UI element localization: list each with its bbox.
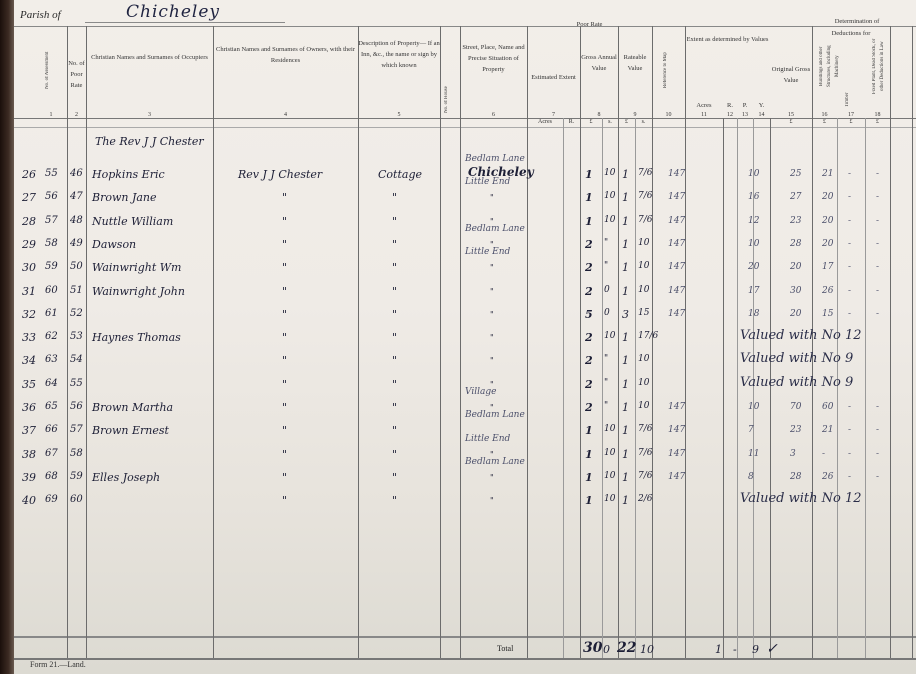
column-number: 8	[580, 112, 618, 118]
column-divider	[358, 26, 359, 658]
column-header-15: Original Gross Value	[770, 64, 812, 86]
owner-name: "	[282, 424, 287, 437]
rateable-value-pounds: 1	[622, 331, 629, 344]
rateable-value-shillings: 7/6	[638, 448, 652, 458]
occupier-name: Hopkins Eric	[92, 168, 165, 181]
gross-value-shillings: 10	[604, 215, 615, 225]
street-place: Village	[465, 387, 496, 397]
fixed-plant-deduction: -	[876, 169, 879, 179]
fixed-plant-deduction: -	[876, 216, 879, 226]
buildings-deduction: 60	[822, 402, 833, 412]
gross-value-pounds: 2	[585, 378, 593, 391]
total-label: Total	[497, 644, 513, 653]
property-description: "	[392, 354, 397, 367]
parish-underline	[85, 22, 285, 23]
street-place: "	[490, 263, 494, 272]
poor-rate-number: 65	[45, 401, 58, 412]
timber-deduction: -	[848, 472, 851, 482]
original-gross-value: 20	[790, 309, 801, 319]
street-place: Little End	[465, 434, 510, 444]
gross-value-shillings: 10	[604, 471, 615, 481]
buildings-deduction: 21	[822, 169, 833, 179]
original-gross-value: 30	[790, 286, 801, 296]
valued-with-note: Valued with No 9	[740, 351, 853, 366]
rateable-value-pounds: 1	[622, 261, 629, 274]
property-description: "	[392, 308, 397, 321]
owner-name: "	[282, 191, 287, 204]
street-place: "	[490, 356, 494, 365]
ledger-number: 60	[70, 494, 83, 505]
column-header-10: Reference to Map	[662, 40, 676, 100]
poor-rate-number: 58	[45, 238, 58, 249]
gross-value-pounds: 2	[585, 331, 593, 344]
owner-name: "	[282, 378, 287, 391]
acres: 10	[748, 169, 759, 179]
column-divider	[865, 118, 866, 658]
column-divider	[890, 26, 891, 658]
rateable-value-shillings: 10	[638, 285, 649, 295]
occupier-name: Wainwright John	[92, 285, 185, 298]
fixed-plant-deduction: -	[876, 309, 879, 319]
book-spine	[0, 0, 14, 674]
street-place: "	[490, 496, 494, 505]
map-reference: 147	[668, 286, 685, 296]
property-description: "	[392, 331, 397, 344]
original-gross-value: 23	[790, 425, 801, 435]
rateable-value-shillings: 7/6	[638, 215, 652, 225]
column-header-6: Street, Place, Name and Precise Situatio…	[460, 42, 527, 75]
street-place: Bedlam Lane	[465, 154, 525, 164]
property-description: "	[392, 261, 397, 274]
rateable-value-shillings: 10	[638, 261, 649, 271]
valued-with-note: Valued with No 12	[740, 491, 862, 506]
column-divider	[602, 118, 603, 658]
fixed-plant-deduction: -	[876, 286, 879, 296]
street-place: Little End	[465, 177, 510, 187]
assessment-number: 37	[22, 424, 36, 437]
rateable-value-shillings: 10	[638, 401, 649, 411]
owner-name: "	[282, 354, 287, 367]
timber-deduction: -	[848, 262, 851, 272]
poor-rate-number: 63	[45, 354, 58, 365]
acres: 18	[748, 309, 759, 319]
ledger-number: 53	[70, 331, 83, 342]
gross-value-pounds: 1	[585, 215, 593, 228]
column-divider	[86, 26, 87, 658]
rateable-value-pounds: 1	[622, 354, 629, 367]
timber-deduction: -	[848, 309, 851, 319]
owner-name: "	[282, 238, 287, 251]
gross-value-pounds: 2	[585, 401, 593, 414]
owner-name: "	[282, 401, 287, 414]
column-header-1: No. of Assessment	[44, 40, 58, 100]
rateable-value-pounds: 3	[622, 308, 629, 321]
buildings-deduction: 17	[822, 262, 833, 272]
timber-deduction: -	[848, 169, 851, 179]
gross-value-shillings: 0	[604, 285, 610, 295]
rateable-value-pounds: 1	[622, 378, 629, 391]
occupier-name: Wainwright Wm	[92, 261, 181, 274]
occupier-name: Nuttle William	[92, 215, 173, 228]
poor-rate-number: 60	[45, 285, 58, 296]
gross-value-shillings: "	[604, 401, 608, 411]
buildings-deduction: 21	[822, 425, 833, 435]
map-reference: 147	[668, 262, 685, 272]
gross-value-pounds: 1	[585, 191, 593, 204]
street-place: "	[490, 287, 494, 296]
column-header-18: Fixed Plant, Dead Stock, or other Deduct…	[871, 36, 885, 96]
map-reference: 147	[668, 239, 685, 249]
owner-name: "	[282, 215, 287, 228]
unit-label: £	[580, 119, 602, 125]
property-description: "	[392, 215, 397, 228]
total-gross-shillings: 0	[603, 643, 610, 656]
gross-value-shillings: 10	[604, 191, 615, 201]
total-rateable-pounds: 22	[617, 640, 636, 656]
column-number: 13	[737, 112, 753, 118]
valued-with-note: Valued with No 9	[740, 375, 853, 390]
column-number: 7	[527, 112, 580, 118]
unit-label: £	[812, 119, 837, 125]
total-acres: 1	[715, 643, 722, 656]
occupier-name: Elles Joseph	[92, 471, 160, 484]
acres: 17	[748, 286, 759, 296]
column-divider	[460, 26, 461, 658]
buildings-deduction: 26	[822, 286, 833, 296]
buildings-deduction: 20	[822, 216, 833, 226]
parish-label: Parish of	[20, 9, 61, 21]
timber-deduction: -	[848, 192, 851, 202]
assessment-number: 35	[22, 378, 36, 391]
occupier-name: Brown Jane	[92, 191, 157, 204]
timber-deduction: -	[848, 402, 851, 412]
ledger-number: 49	[70, 238, 83, 249]
acres: 10	[748, 239, 759, 249]
rateable-value-pounds: 1	[622, 448, 629, 461]
ledger-number: 51	[70, 285, 83, 296]
poor-rate-number: 68	[45, 471, 58, 482]
column-number: 17	[837, 112, 865, 118]
timber-deduction: -	[848, 239, 851, 249]
column-divider	[912, 26, 913, 658]
owner-name: "	[282, 331, 287, 344]
column-number: 12	[723, 112, 737, 118]
fixed-plant-deduction: -	[876, 192, 879, 202]
assessment-number: 33	[22, 331, 36, 344]
property-description: "	[392, 285, 397, 298]
rateable-value-pounds: 1	[622, 424, 629, 437]
owner-name: "	[282, 448, 287, 461]
units-rule	[14, 127, 916, 128]
poor-rate-group-header: Poor Rate	[527, 19, 652, 30]
property-description: "	[392, 191, 397, 204]
fixed-plant-deduction: -	[876, 239, 879, 249]
rateable-value-shillings: 10	[638, 354, 649, 364]
unit-label: £	[837, 119, 865, 125]
column-divider	[685, 26, 686, 658]
map-reference: 147	[668, 402, 685, 412]
total-perches: 9	[752, 643, 759, 656]
unit-label: £	[770, 119, 812, 125]
rateable-value-shillings: 7/6	[638, 471, 652, 481]
assessment-number: 28	[22, 215, 36, 228]
column-header-16: Buildings and other Structures, includin…	[818, 36, 832, 96]
street-place: Little End	[465, 247, 510, 257]
column-divider	[635, 118, 636, 658]
acres: 12	[748, 216, 759, 226]
rateable-value-shillings: 10	[638, 238, 649, 248]
rateable-value-pounds: 1	[622, 494, 629, 507]
column-header-8: Gross Annual Value	[580, 52, 618, 74]
determination-group-header: Determination of	[812, 16, 902, 27]
column-header-14: Y.	[753, 100, 770, 111]
street-place: Bedlam Lane	[465, 410, 525, 420]
timber-deduction: -	[848, 425, 851, 435]
column-number: 14	[753, 112, 770, 118]
assessment-number: 34	[22, 354, 36, 367]
column-divider	[213, 26, 214, 658]
poor-rate-number: 56	[45, 191, 58, 202]
timber-deduction: -	[848, 449, 851, 459]
property-description: "	[392, 494, 397, 507]
poor-rate-number: 59	[45, 261, 58, 272]
poor-rate-number: 66	[45, 424, 58, 435]
total-checkmark: ✓	[766, 641, 778, 657]
owner-name: "	[282, 285, 287, 298]
extent-group-header: Extent as determined by Values	[685, 34, 770, 45]
ledger-number: 54	[70, 354, 83, 365]
street-place: Bedlam Lane	[465, 224, 525, 234]
street-place: "	[490, 473, 494, 482]
buildings-deduction: 20	[822, 239, 833, 249]
total-gross-pounds: 30	[583, 640, 602, 656]
acres: 10	[748, 402, 759, 412]
fixed-plant-deduction: -	[876, 402, 879, 412]
property-description: "	[392, 471, 397, 484]
gross-value-pounds: 1	[585, 424, 593, 437]
form-number: Form 21.—Land.	[30, 660, 86, 669]
parish-name: Chicheley	[126, 2, 220, 22]
rateable-value-pounds: 1	[622, 215, 629, 228]
fixed-plant-deduction: -	[876, 449, 879, 459]
column-header-2: No. of Poor Rate	[67, 58, 86, 91]
original-gross-value: 20	[790, 262, 801, 272]
total-roods: -	[733, 643, 737, 656]
total-rateable-shillings: 10	[640, 643, 654, 656]
ledger-number: 48	[70, 215, 83, 226]
occupier-name: Brown Martha	[92, 401, 173, 414]
column-number: 18	[865, 112, 890, 118]
column-header-12: R.	[723, 100, 737, 111]
column-number: 15	[770, 112, 812, 118]
rateable-value-shillings: 17/6	[638, 331, 658, 341]
rateable-value-shillings: 7/6	[638, 168, 652, 178]
rateable-value-pounds: 1	[622, 471, 629, 484]
owner-name: Rev J J Chester	[238, 168, 322, 181]
poor-rate-number: 55	[45, 168, 58, 179]
acres: 7	[748, 425, 754, 435]
column-header-3: Christian Names and Surnames of Occupier…	[86, 52, 213, 63]
column-number: 16	[812, 112, 837, 118]
assessment-number: 29	[22, 238, 36, 251]
rateable-value-pounds: 1	[622, 285, 629, 298]
gross-value-shillings: "	[604, 378, 608, 388]
gross-value-shillings: 10	[604, 494, 615, 504]
column-number: 10	[652, 112, 685, 118]
assessment-number: 39	[22, 471, 36, 484]
gross-value-shillings: 10	[604, 331, 615, 341]
unit-label: s.	[602, 119, 618, 125]
occupier-name: Haynes Thomas	[92, 331, 181, 344]
unit-label: R.	[563, 119, 580, 125]
column-number: 4	[213, 112, 358, 118]
rateable-value-shillings: 7/6	[638, 424, 652, 434]
rateable-value-shillings: 15	[638, 308, 649, 318]
ledger-number: 59	[70, 471, 83, 482]
column-header-house: No. of House	[443, 70, 457, 130]
assessment-number: 30	[22, 261, 36, 274]
original-gross-value: 3	[790, 449, 796, 459]
acres: 20	[748, 262, 759, 272]
poor-rate-number: 67	[45, 448, 58, 459]
rateable-value-shillings: 10	[638, 378, 649, 388]
column-number: 3	[86, 112, 213, 118]
column-header-13: P.	[737, 100, 753, 111]
rateable-value-pounds: 1	[622, 191, 629, 204]
fixed-plant-deduction: -	[876, 425, 879, 435]
gross-value-pounds: 2	[585, 285, 593, 298]
gross-value-shillings: 10	[604, 424, 615, 434]
column-header-5: Description of Property— If an Inn, &c.,…	[358, 38, 440, 71]
assessment-number: 38	[22, 448, 36, 461]
original-gross-value: 28	[790, 472, 801, 482]
map-reference: 147	[668, 192, 685, 202]
acres: 16	[748, 192, 759, 202]
buildings-deduction: 15	[822, 309, 833, 319]
valued-with-note: Valued with No 12	[740, 328, 862, 343]
timber-deduction: -	[848, 216, 851, 226]
ledger-number: 46	[70, 168, 83, 179]
gross-value-pounds: 1	[585, 168, 593, 181]
map-reference: 147	[668, 472, 685, 482]
map-reference: 147	[668, 449, 685, 459]
gross-value-pounds: 2	[585, 261, 593, 274]
column-number: 5	[358, 112, 440, 118]
header-top-rule	[14, 26, 916, 27]
owner-name: "	[282, 261, 287, 274]
column-header-9: Rateable Value	[618, 52, 652, 74]
map-reference: 147	[668, 309, 685, 319]
occupier-name: Dawson	[92, 238, 136, 251]
column-number: 1	[36, 112, 66, 118]
column-header-4: Christian Names and Surnames of Owners, …	[213, 44, 358, 66]
rateable-value-pounds: 1	[622, 401, 629, 414]
property-description: "	[392, 378, 397, 391]
assessment-number: 40	[22, 494, 36, 507]
gross-value-pounds: 2	[585, 238, 593, 251]
original-gross-value: 70	[790, 402, 801, 412]
original-gross-value: 27	[790, 192, 801, 202]
rateable-value-shillings: 7/6	[638, 191, 652, 201]
owner-name: "	[282, 308, 287, 321]
property-description: "	[392, 238, 397, 251]
column-divider	[563, 118, 564, 658]
poor-rate-number: 61	[45, 308, 58, 319]
property-description: "	[392, 401, 397, 414]
acres: 11	[748, 449, 759, 459]
gross-value-shillings: "	[604, 238, 608, 248]
occupier-name: Brown Ernest	[92, 424, 169, 437]
column-number: 11	[685, 112, 723, 118]
deductions-group-header: Deductions for	[812, 28, 890, 39]
gross-value-shillings: "	[604, 261, 608, 271]
column-header-7: Estimated Extent	[527, 72, 580, 83]
unit-label: £	[618, 119, 635, 125]
gross-value-shillings: 10	[604, 168, 615, 178]
ledger-number: 47	[70, 191, 83, 202]
gross-value-pounds: 1	[585, 471, 593, 484]
acres: 8	[748, 472, 754, 482]
unit-label: £	[865, 119, 890, 125]
gross-value-shillings: 10	[604, 448, 615, 458]
poor-rate-number: 64	[45, 378, 58, 389]
original-gross-value: 28	[790, 239, 801, 249]
ledger-number: 50	[70, 261, 83, 272]
poor-rate-number: 69	[45, 494, 58, 505]
original-gross-value: 23	[790, 216, 801, 226]
street-place: "	[490, 193, 494, 202]
street-place: "	[490, 310, 494, 319]
assessment-number: 27	[22, 191, 36, 204]
fixed-plant-deduction: -	[876, 472, 879, 482]
column-divider	[737, 118, 738, 658]
ledger-number: 57	[70, 424, 83, 435]
gross-value-pounds: 5	[585, 308, 593, 321]
column-divider	[652, 26, 653, 658]
original-gross-value: 25	[790, 169, 801, 179]
rateable-value-shillings: 2/6	[638, 494, 652, 504]
property-description: "	[392, 424, 397, 437]
assessment-number: 32	[22, 308, 36, 321]
column-divider	[67, 26, 68, 658]
rateable-value-pounds: 1	[622, 238, 629, 251]
assessment-number: 26	[22, 168, 36, 181]
timber-deduction: -	[848, 286, 851, 296]
owner-name: "	[282, 471, 287, 484]
poor-rate-number: 57	[45, 215, 58, 226]
assessment-number: 36	[22, 401, 36, 414]
fixed-plant-deduction: -	[876, 262, 879, 272]
column-number: 9	[618, 112, 652, 118]
gross-value-pounds: 1	[585, 448, 593, 461]
column-divider	[440, 26, 441, 658]
gross-value-shillings: "	[604, 354, 608, 364]
ledger-number: 56	[70, 401, 83, 412]
map-reference: 147	[668, 216, 685, 226]
assessment-number: 31	[22, 285, 36, 298]
buildings-deduction: 26	[822, 472, 833, 482]
column-header-11: Acres	[685, 100, 723, 111]
ledger-number: 52	[70, 308, 83, 319]
poor-rate-number: 62	[45, 331, 58, 342]
bottom-rule	[14, 658, 916, 660]
owner-name: "	[282, 494, 287, 507]
property-description: Cottage	[378, 168, 422, 181]
total-rule	[14, 636, 916, 638]
street-place: Bedlam Lane	[465, 457, 525, 467]
street-place: "	[490, 333, 494, 342]
gross-value-pounds: 2	[585, 354, 593, 367]
